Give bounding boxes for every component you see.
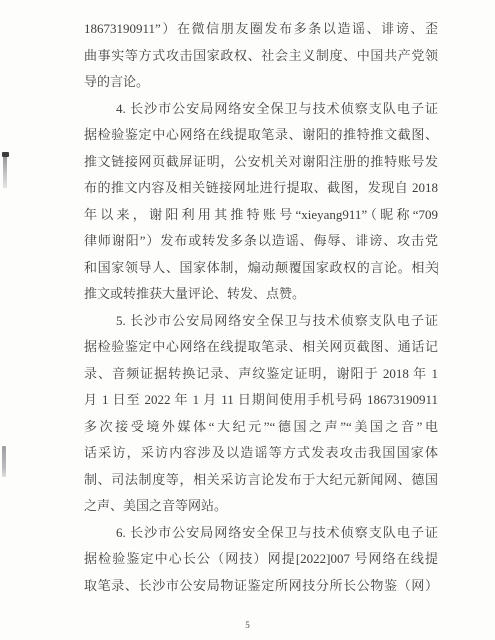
text-line: 曲事实等方式攻击国家政权、社会主义制度、中国共产党领 bbox=[84, 43, 438, 70]
paragraph-item-4: 4. 长沙市公安局网络安全保卫与技术侦察支队电子证 据检验鉴定中心网络在线提取笔… bbox=[84, 96, 438, 308]
text-line: 多次接受境外媒体“大纪元”“德国之声”“美国之音”电 bbox=[84, 414, 438, 441]
text-line: 话采访，采访内容涉及以造谣等方式发表攻击我国国家体 bbox=[84, 440, 438, 467]
scan-artifact-streak bbox=[2, 446, 6, 477]
text-line: 据检验鉴定中心网络在线提取笔录、相关网页截图、通话记 bbox=[84, 334, 438, 361]
body-text: 18673190911”）在微信朋友圈发布多条以造谣、诽谤、歪 曲事实等方式攻击… bbox=[84, 16, 438, 599]
scan-artifact-streak bbox=[3, 153, 7, 188]
document-page: 18673190911”）在微信朋友圈发布多条以造谣、诽谤、歪 曲事实等方式攻击… bbox=[0, 0, 495, 640]
paragraph-item-5: 5. 长沙市公安局网络安全保卫与技术侦察支队电子证 据检验鉴定中心网络在线提取笔… bbox=[84, 308, 438, 520]
paragraph-continuation: 18673190911”）在微信朋友圈发布多条以造谣、诽谤、歪 曲事实等方式攻击… bbox=[84, 16, 438, 96]
page-number: 5 bbox=[0, 620, 495, 630]
paragraph-item-6: 6. 长沙市公安局网络安全保卫与技术侦察支队电子证 据检验鉴定中心长公（网技）网… bbox=[84, 520, 438, 600]
text-line: 6. 长沙市公安局网络安全保卫与技术侦察支队电子证 bbox=[84, 520, 438, 547]
text-line: 律师谢阳”）发布或转发多条以造谣、侮辱、诽谤、攻击党 bbox=[84, 228, 438, 255]
text-line: 据检验鉴定中心长公（网技）网提[2022]007 号网络在线提 bbox=[84, 546, 438, 573]
text-line: 18673190911”）在微信朋友圈发布多条以造谣、诽谤、歪 bbox=[84, 16, 438, 43]
scan-artifact-dot bbox=[2, 152, 9, 157]
text-line: 制、司法制度等，相关采访言论发布于大纪元新闻网、德国 bbox=[84, 467, 438, 494]
text-line: 之声、美国之音等网站。 bbox=[84, 493, 438, 520]
text-line: 5. 长沙市公安局网络安全保卫与技术侦察支队电子证 bbox=[84, 308, 438, 335]
text-line: 取笔录、长沙市公安局物证鉴定所网技分所长公物鉴（网） bbox=[84, 573, 438, 600]
text-line: 年以来，谢阳利用其推特账号“xieyang911”（昵称“709 bbox=[84, 202, 438, 229]
text-line: 推文链接网页截屏证明，公安机关对谢阳注册的推特账号发 bbox=[84, 149, 438, 176]
text-line: 据检验鉴定中心网络在线提取笔录、谢阳的推特推文截图、 bbox=[84, 122, 438, 149]
text-line: 月 1 日至 2022 年 1 月 11 日期间使用手机号码 186731909… bbox=[84, 387, 438, 414]
text-line: 录、音频证据转换记录、声纹鉴定证明，谢阳于 2018 年 1 bbox=[84, 361, 438, 388]
text-line: 和国家领导人、国家体制，煽动颠覆国家政权的言论。相关 bbox=[84, 255, 438, 282]
text-line: 4. 长沙市公安局网络安全保卫与技术侦察支队电子证 bbox=[84, 96, 438, 123]
text-line: 推文或转推获大量评论、转发、点赞。 bbox=[84, 281, 438, 308]
text-line: 布的推文内容及相关链接网址进行提取、截图，发现自 2018 bbox=[84, 175, 438, 202]
text-line: 导的言论。 bbox=[84, 69, 438, 96]
